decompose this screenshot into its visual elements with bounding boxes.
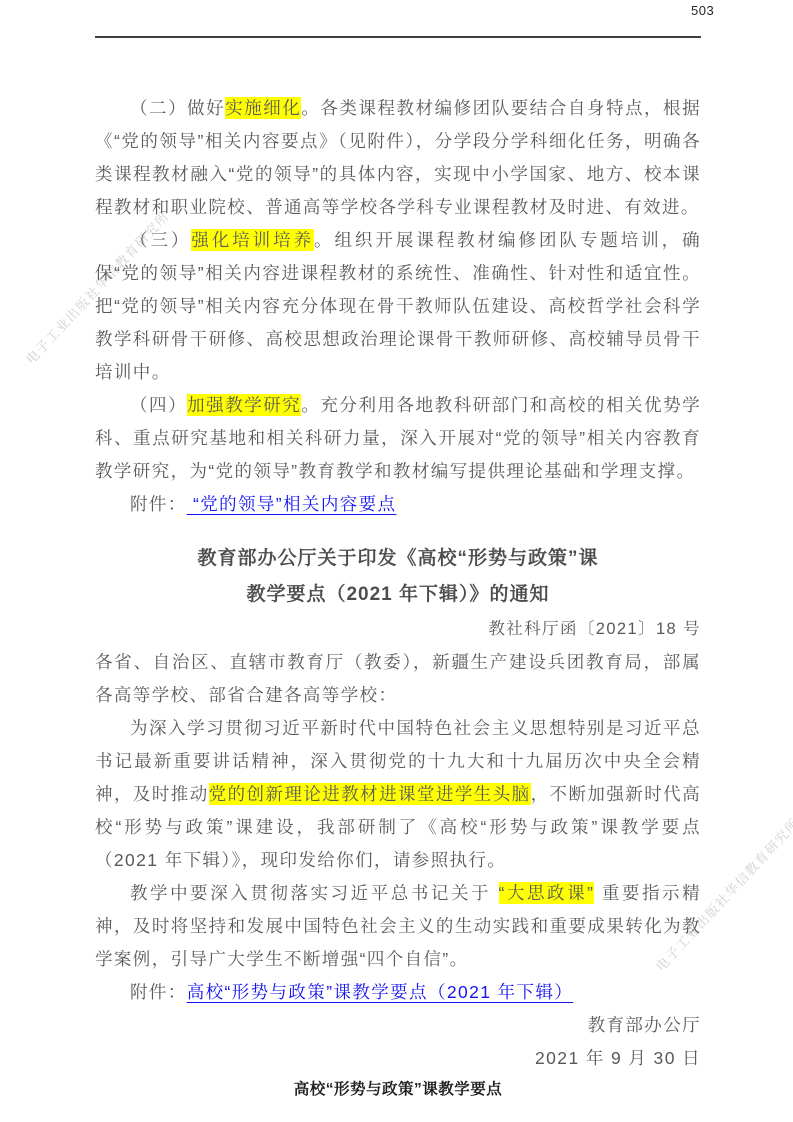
footer-section-title: 高校“形势与政策”课教学要点 [95,1075,701,1105]
paragraph-text: （二）做好 [130,98,225,118]
paragraph-text: 。组织开展课程教材编修团队专题培训，确保“党的领导”相关内容进课程教材的系统性、… [95,230,701,382]
attachment-label: 附件： [130,982,187,1002]
notice-title-line2: 教学要点（2021 年下辑）》的通知 [95,577,701,613]
attachment-link-party-leadership[interactable]: “党的领导”相关内容要点 [187,494,397,514]
page-number: 503 [691,3,714,18]
highlight-big-ideology-course: “大思政课” [499,882,595,904]
paragraph-issue: 为深入学习贯彻习近平新时代中国特色社会主义思想特别是习近平总书记最新重要讲话精神… [95,712,701,877]
document-body: （二）做好实施细化。各类课程教材编修团队要结合自身特点，根据《“党的领导”相关内… [95,92,701,1105]
doc-number: 教社科厅函〔2021〕18 号 [95,613,701,646]
highlight-implementation: 实施细化 [225,97,301,119]
paragraph-addressees: 各省、自治区、直辖市教育厅（教委），新疆生产建设兵团教育局，部属各高等学校、部省… [95,646,701,712]
paragraph-text: （三） [130,230,191,250]
highlight-innovation-theory: 党的创新理论进教材进课堂进学生头脑 [209,783,531,805]
paragraph-implementation: （二）做好实施细化。各类课程教材编修团队要结合自身特点，根据《“党的领导”相关内… [95,92,701,224]
highlight-research: 加强教学研究 [187,394,301,416]
paragraph-teaching: 教学中要深入贯彻落实习近平总书记关于 “大思政课” 重要指示精神，及时将坚持和发… [95,877,701,976]
document-page: 503 电子工业出版社华信教育研究所 电子工业出版社华信教育研究所 （二）做好实… [0,0,793,1122]
attachment-line-teaching-points: 附件：高校“形势与政策”课教学要点（2021 年下辑） [95,976,701,1009]
attachment-link-teaching-points[interactable]: 高校“形势与政策”课教学要点（2021 年下辑） [187,982,574,1002]
signature-date: 2021 年 9 月 30 日 [95,1042,701,1075]
paragraph-training: （三）强化培训培养。组织开展课程教材编修团队专题培训，确保“党的领导”相关内容进… [95,224,701,389]
signature: 教育部办公厅 [95,1009,701,1042]
attachment-line-party-leadership: 附件： “党的领导”相关内容要点 [95,488,701,521]
paragraph-research: （四）加强教学研究。充分利用各地教科研部门和高校的相关优势学科、重点研究基地和相… [95,389,701,488]
paragraph-text: 教学中要深入贯彻落实习近平总书记关于 [130,883,499,903]
highlight-training: 强化培训培养 [191,229,314,251]
header-divider [95,36,701,38]
attachment-label: 附件： [130,494,187,514]
notice-title-line1: 教育部办公厅关于印发《高校“形势与政策”课 [95,541,701,577]
paragraph-text: （四） [130,395,187,415]
